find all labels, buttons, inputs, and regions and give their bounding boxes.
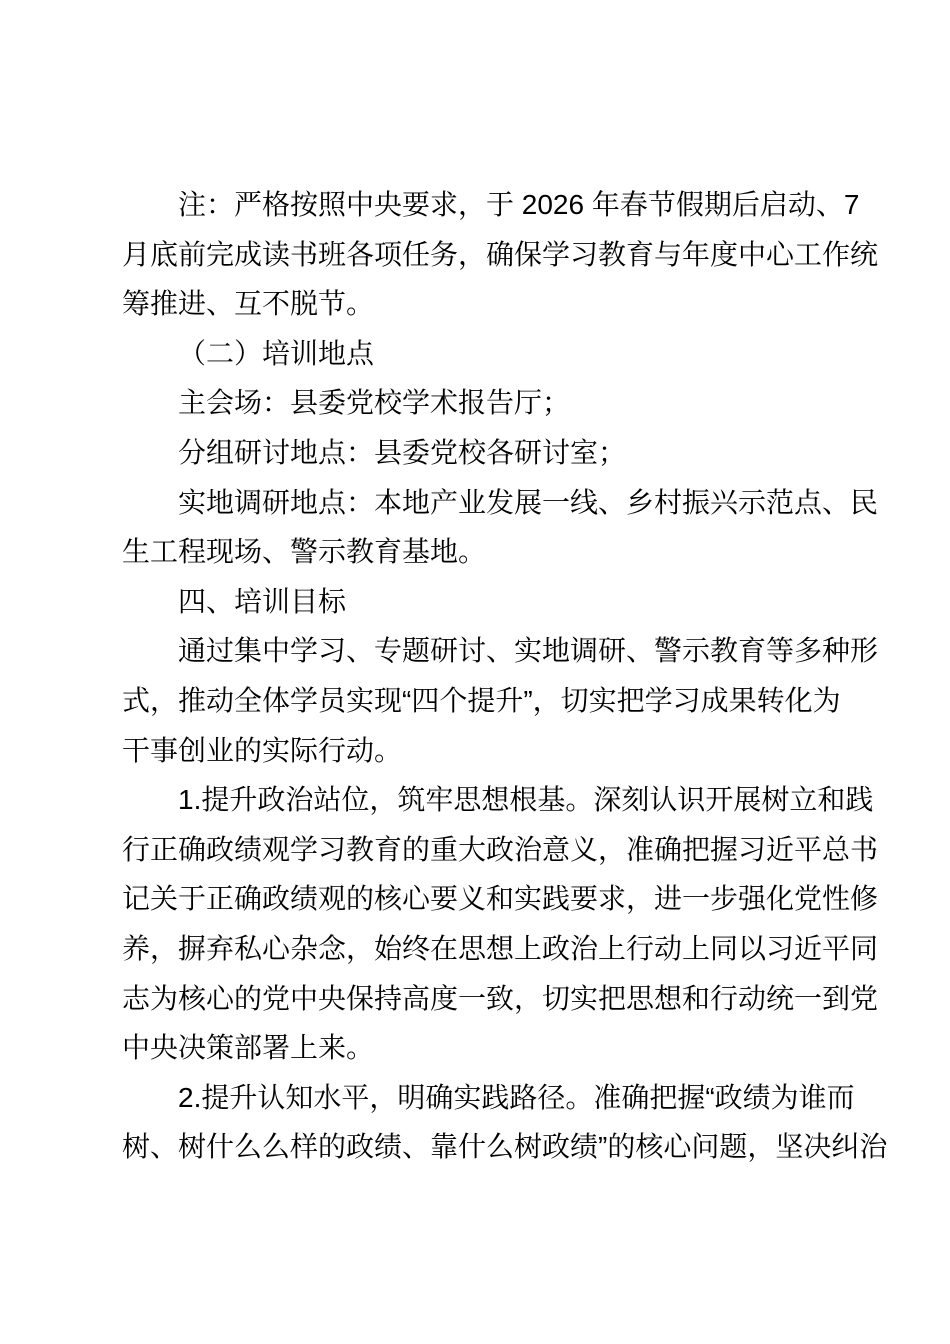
paragraph-line: 生工程现场、警示教育基地。: [122, 527, 880, 577]
paragraph-line: 式，推动全体学员实现“四个提升”，切实把学习成果转化为: [122, 676, 880, 726]
paragraph-group-discussion-venue: 分组研讨地点：县委党校各研讨室；: [122, 428, 880, 478]
paragraph-line: 注：严格按照中央要求，于 2026 年春节假期后启动、7: [122, 180, 880, 230]
paragraph-line: 树、树什么么样的政绩、靠什么树政绩”的核心问题，坚决纠治: [122, 1122, 880, 1172]
paragraph-field-research-venue: 实地调研地点：本地产业发展一线、乡村振兴示范点、民 生工程现场、警示教育基地。: [122, 478, 880, 577]
paragraph-line: 中央决策部署上来。: [122, 1023, 880, 1073]
document-page: 注：严格按照中央要求，于 2026 年春节假期后启动、7 月底前完成读书班各项任…: [0, 0, 950, 1344]
paragraph-line: 分组研讨地点：县委党校各研讨室；: [122, 428, 880, 478]
paragraph-goals-intro: 通过集中学习、专题研讨、实地调研、警示教育等多种形 式，推动全体学员实现“四个提…: [122, 626, 880, 775]
paragraph-line: 实地调研地点：本地产业发展一线、乡村振兴示范点、民: [122, 478, 880, 528]
document-body: 注：严格按照中央要求，于 2026 年春节假期后启动、7 月底前完成读书班各项任…: [122, 180, 880, 1172]
paragraph-main-venue: 主会场：县委党校学术报告厅；: [122, 378, 880, 428]
heading-training-goals: 四、培训目标: [122, 577, 880, 627]
heading-line: 四、培训目标: [122, 577, 880, 627]
paragraph-line: 1.提升政治站位，筑牢思想根基。深刻认识开展树立和践: [122, 775, 880, 825]
paragraph-line: 通过集中学习、专题研讨、实地调研、警示教育等多种形: [122, 626, 880, 676]
paragraph-line: 筹推进、互不脱节。: [122, 279, 880, 329]
heading-line: （二）培训地点: [122, 329, 880, 379]
paragraph-note-on-schedule: 注：严格按照中央要求，于 2026 年春节假期后启动、7 月底前完成读书班各项任…: [122, 180, 880, 329]
paragraph-line: 干事创业的实际行动。: [122, 726, 880, 776]
paragraph-line: 2.提升认知水平，明确实践路径。准确把握“政绩为谁而: [122, 1073, 880, 1123]
paragraph-line: 主会场：县委党校学术报告厅；: [122, 378, 880, 428]
paragraph-goal-2: 2.提升认知水平，明确实践路径。准确把握“政绩为谁而 树、树什么么样的政绩、靠什…: [122, 1073, 880, 1172]
paragraph-line: 记关于正确政绩观的核心要义和实践要求，进一步强化党性修: [122, 874, 880, 924]
paragraph-goal-1: 1.提升政治站位，筑牢思想根基。深刻认识开展树立和践 行正确政绩观学习教育的重大…: [122, 775, 880, 1073]
paragraph-line: 志为核心的党中央保持高度一致，切实把思想和行动统一到党: [122, 974, 880, 1024]
paragraph-line: 养，摒弃私心杂念，始终在思想上政治上行动上同以习近平同: [122, 924, 880, 974]
heading-training-location: （二）培训地点: [122, 329, 880, 379]
paragraph-line: 行正确政绩观学习教育的重大政治意义，准确把握习近平总书: [122, 825, 880, 875]
paragraph-line: 月底前完成读书班各项任务，确保学习教育与年度中心工作统: [122, 230, 880, 280]
